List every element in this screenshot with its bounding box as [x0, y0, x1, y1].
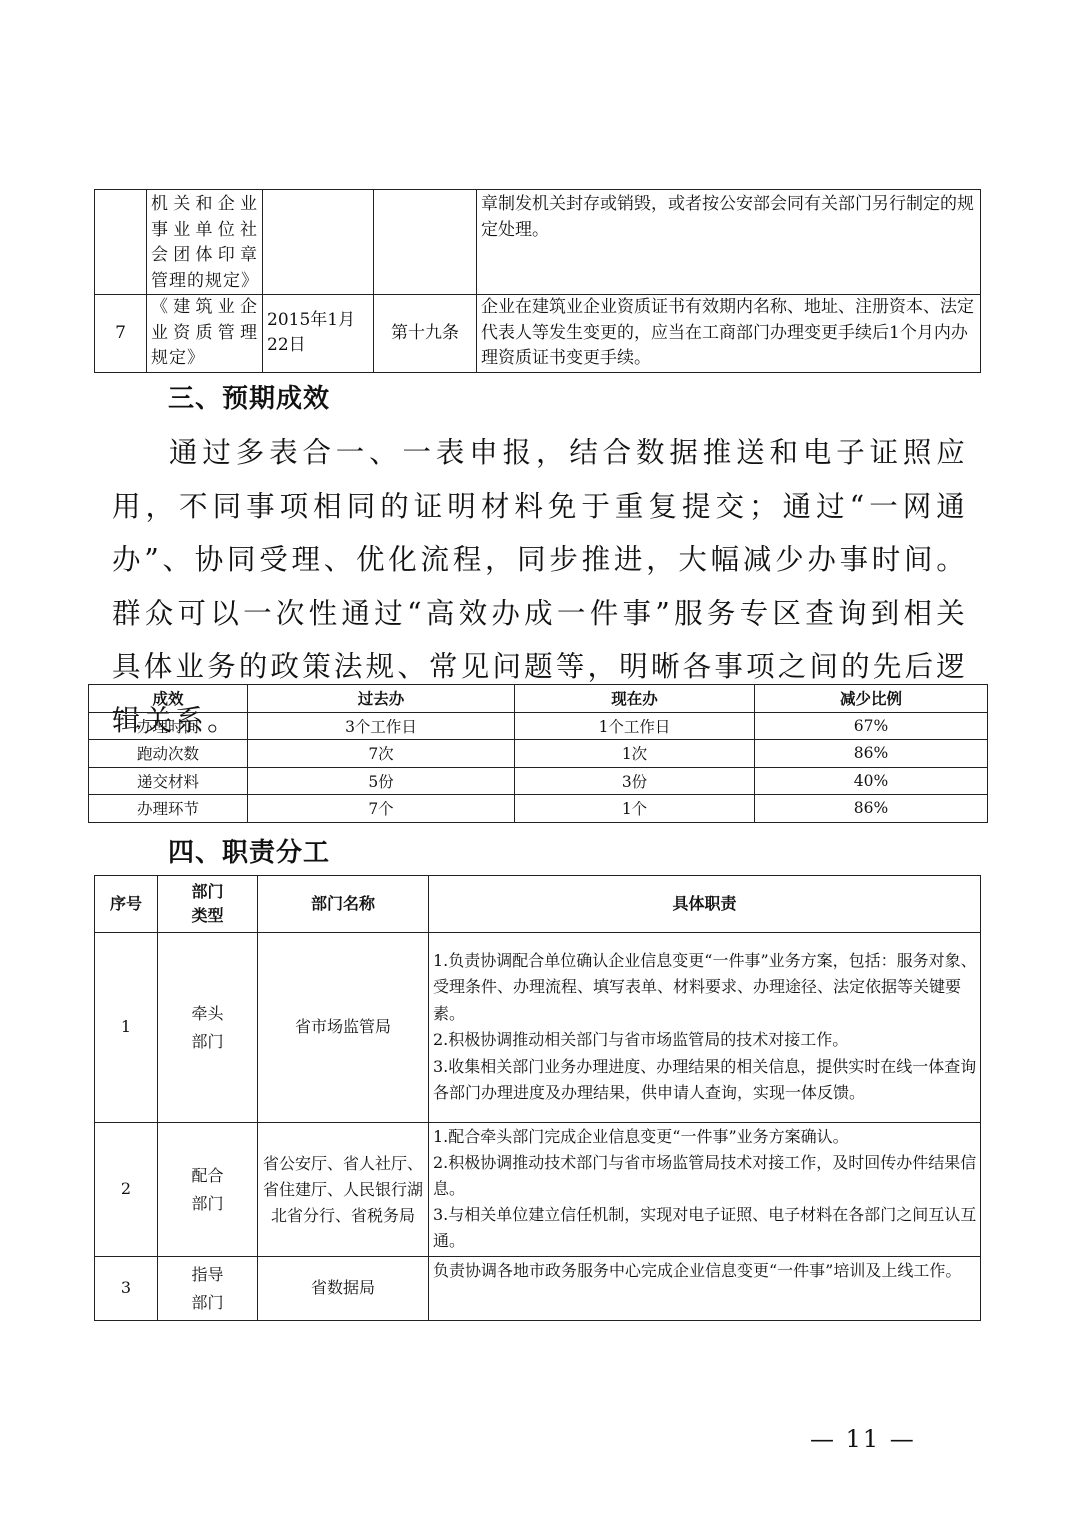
dept-type-text: 指导部门 — [190, 1261, 225, 1317]
law-name: 机关和企业事业单位社会团体印章管理的规定》 — [147, 190, 263, 295]
duty-item: 2.积极协调推动技术部门与省市场监管局技术对接工作，及时回传办件结果信息。 — [433, 1150, 977, 1202]
law-content: 企业在建筑业企业资质证书有效期内名称、地址、注册资本、法定代表人等发生变更的，应… — [477, 295, 981, 373]
cell: 递交材料 — [89, 767, 248, 795]
law-num — [95, 190, 147, 295]
dept-type-text: 牵头部门 — [190, 1000, 225, 1056]
column-header: 成效 — [89, 685, 248, 713]
column-header: 部门名称 — [258, 876, 429, 933]
table-row: 1 牵头部门 省市场监管局 1.负责协调配合单位确认企业信息变更“一件事”业务方… — [95, 933, 981, 1123]
cell: 40% — [755, 767, 988, 795]
law-date — [263, 190, 374, 295]
law-article: 第十九条 — [374, 295, 477, 373]
duty-num: 2 — [95, 1123, 158, 1257]
table-header-row: 序号 部门类型 部门名称 具体职责 — [95, 876, 981, 933]
dept-type: 指导部门 — [158, 1257, 258, 1321]
dept-type-text: 配合部门 — [190, 1162, 225, 1218]
page-number: — 11 — — [810, 1425, 916, 1453]
cell: 3份 — [515, 767, 755, 795]
law-num: 7 — [95, 295, 147, 373]
table-row: 机关和企业事业单位社会团体印章管理的规定》 章制发机关封存或销毁，或者按公安部会… — [95, 190, 981, 295]
table-row: 2 配合部门 省公安厅、省人社厅、省住建厅、人民银行湖北省分行、省税务局 1.配… — [95, 1123, 981, 1257]
column-header: 序号 — [95, 876, 158, 933]
duty-item: 3.与相关单位建立信任机制，实现对电子证照、电子材料在各部门之间互认互通。 — [433, 1202, 977, 1254]
dept-type: 牵头部门 — [158, 933, 258, 1123]
cell: 67% — [755, 712, 988, 740]
column-header: 过去办 — [248, 685, 515, 713]
cell: 7次 — [248, 740, 515, 768]
duty-item: 2.积极协调推动相关部门与省市场监管局的技术对接工作。 — [433, 1027, 977, 1054]
table-row: 7 《建筑业企业资质管理规定》 2015年1月22日 第十九条 企业在建筑业企业… — [95, 295, 981, 373]
duty-list: 1.负责协调配合单位确认企业信息变更“一件事”业务方案，包括：服务对象、受理条件… — [429, 933, 981, 1123]
column-header: 具体职责 — [429, 876, 981, 933]
table-row: 跑动次数 7次 1次 86% — [89, 740, 988, 768]
cell: 5份 — [248, 767, 515, 795]
cell: 办理时间 — [89, 712, 248, 740]
section-heading: 四、职责分工 — [168, 832, 330, 869]
cell: 1次 — [515, 740, 755, 768]
cell: 1个工作日 — [515, 712, 755, 740]
cell: 86% — [755, 795, 988, 823]
section-heading: 三、预期成效 — [168, 378, 330, 415]
table-header-row: 成效 过去办 现在办 减少比例 — [89, 685, 988, 713]
dept-name: 省市场监管局 — [258, 933, 429, 1123]
column-header: 部门类型 — [158, 876, 258, 933]
column-header: 减少比例 — [755, 685, 988, 713]
law-content: 章制发机关封存或销毁，或者按公安部会同有关部门另行制定的规定处理。 — [477, 190, 981, 295]
dept-name: 省数据局 — [258, 1257, 429, 1321]
dept-type: 配合部门 — [158, 1123, 258, 1257]
duty-item: 负责协调各地市政务服务中心完成企业信息变更“一件事”培训及上线工作。 — [433, 1258, 977, 1284]
law-date: 2015年1月22日 — [263, 295, 374, 373]
table-row: 递交材料 5份 3份 40% — [89, 767, 988, 795]
column-header: 现在办 — [515, 685, 755, 713]
cell: 跑动次数 — [89, 740, 248, 768]
cell: 7个 — [248, 795, 515, 823]
column-header-text: 部门类型 — [190, 880, 225, 928]
table-row: 3 指导部门 省数据局 负责协调各地市政务服务中心完成企业信息变更“一件事”培训… — [95, 1257, 981, 1321]
cell: 86% — [755, 740, 988, 768]
duty-table: 序号 部门类型 部门名称 具体职责 1 牵头部门 省市场监管局 1.负责协调配合… — [94, 875, 981, 1321]
law-table: 机关和企业事业单位社会团体印章管理的规定》 章制发机关封存或销毁，或者按公安部会… — [94, 189, 981, 373]
cell: 3个工作日 — [248, 712, 515, 740]
table-row: 办理时间 3个工作日 1个工作日 67% — [89, 712, 988, 740]
dept-name: 省公安厅、省人社厅、省住建厅、人民银行湖北省分行、省税务局 — [258, 1123, 429, 1257]
effect-table: 成效 过去办 现在办 减少比例 办理时间 3个工作日 1个工作日 67% 跑动次… — [88, 684, 988, 823]
law-article — [374, 190, 477, 295]
table-row: 办理环节 7个 1个 86% — [89, 795, 988, 823]
duty-item: 1.配合牵头部门完成企业信息变更“一件事”业务方案确认。 — [433, 1124, 977, 1150]
cell: 办理环节 — [89, 795, 248, 823]
duty-list: 负责协调各地市政务服务中心完成企业信息变更“一件事”培训及上线工作。 — [429, 1257, 981, 1321]
duty-num: 1 — [95, 933, 158, 1123]
cell: 1个 — [515, 795, 755, 823]
duty-list: 1.配合牵头部门完成企业信息变更“一件事”业务方案确认。 2.积极协调推动技术部… — [429, 1123, 981, 1257]
duty-num: 3 — [95, 1257, 158, 1321]
duty-item: 3.收集相关部门业务办理进度、办理结果的相关信息，提供实时在线一体查询各部门办理… — [433, 1054, 977, 1107]
duty-item: 1.负责协调配合单位确认企业信息变更“一件事”业务方案，包括：服务对象、受理条件… — [433, 948, 977, 1028]
law-name: 《建筑业企业资质管理规定》 — [147, 295, 263, 373]
